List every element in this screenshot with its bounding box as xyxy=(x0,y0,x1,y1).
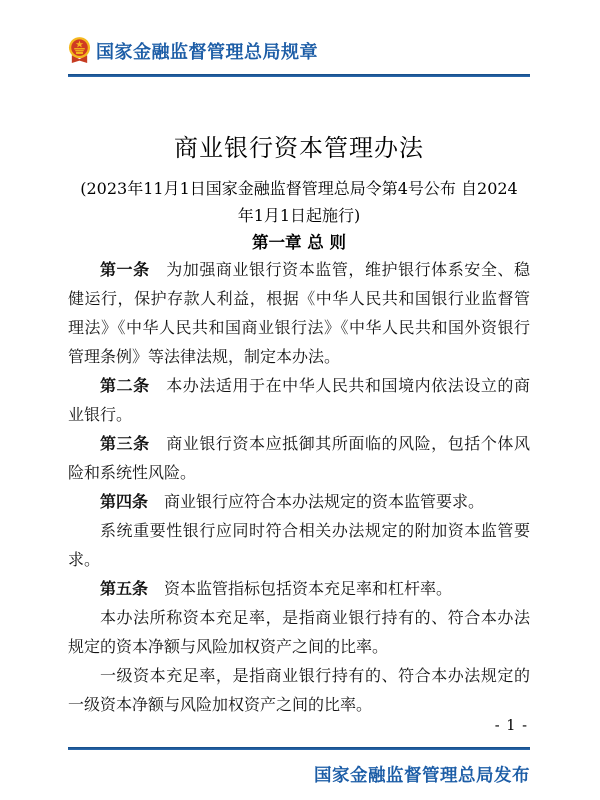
page-number: - 1 - xyxy=(495,718,528,734)
article-text: 本办法所称资本充足率，是指商业银行持有的、符合本办法规定的资本净额与风险加权资产… xyxy=(68,608,530,656)
article-paragraph: 第一条 为加强商业银行资本监管，维护银行体系安全、稳健运行，保护存款人利益，根据… xyxy=(68,255,530,371)
agency-label: 国家金融监督管理总局规章 xyxy=(96,38,318,64)
national-emblem-icon xyxy=(68,36,91,65)
article-number-label: 第五条 xyxy=(100,579,148,598)
chapter-heading: 第一章 总 则 xyxy=(68,229,530,253)
article-text: 一级资本充足率，是指商业银行持有的、符合本办法规定的一级资本净额与风险加权资产之… xyxy=(68,666,530,714)
article-number-label: 第三条 xyxy=(100,434,150,453)
article-paragraph: 本办法所称资本充足率，是指商业银行持有的、符合本办法规定的资本净额与风险加权资产… xyxy=(68,603,530,661)
article-paragraph: 第五条 资本监管指标包括资本充足率和杠杆率。 xyxy=(68,574,530,603)
article-number-label: 第二条 xyxy=(100,376,150,395)
article-paragraph: 系统重要性银行应同时符合相关办法规定的附加资本监管要求。 xyxy=(68,516,530,574)
article-paragraph: 第四条 商业银行应符合本办法规定的资本监管要求。 xyxy=(68,487,530,516)
article-text: 商业银行应符合本办法规定的资本监管要求。 xyxy=(148,492,484,511)
article-paragraph: 一级资本充足率，是指商业银行持有的、符合本办法规定的一级资本净额与风险加权资产之… xyxy=(68,661,530,719)
article-number-label: 第一条 xyxy=(100,260,150,279)
promulgation-note: (2023年11月1日国家金融监督管理总局令第4号公布 自2024年1月1日起施… xyxy=(80,175,518,229)
header-divider xyxy=(68,74,530,77)
article-text: 资本监管指标包括资本充足率和杠杆率。 xyxy=(148,579,452,598)
publisher-label: 国家金融监督管理总局发布 xyxy=(314,762,530,787)
document-page: 国家金融监督管理总局规章 商业银行资本管理办法 (2023年11月1日国家金融监… xyxy=(0,0,600,800)
article-text: 系统重要性银行应同时符合相关办法规定的附加资本监管要求。 xyxy=(68,521,530,569)
page-header: 国家金融监督管理总局规章 xyxy=(68,36,530,65)
document-title: 商业银行资本管理办法 xyxy=(68,128,530,163)
article-number-label: 第四条 xyxy=(100,492,148,511)
footer-divider xyxy=(68,747,530,750)
article-paragraph: 第二条 本办法适用于在中华人民共和国境内依法设立的商业银行。 xyxy=(68,371,530,429)
article-paragraph: 第三条 商业银行资本应抵御其所面临的风险，包括个体风险和系统性风险。 xyxy=(68,429,530,487)
document-body: 第一条 为加强商业银行资本监管，维护银行体系安全、稳健运行，保护存款人利益，根据… xyxy=(68,255,530,719)
